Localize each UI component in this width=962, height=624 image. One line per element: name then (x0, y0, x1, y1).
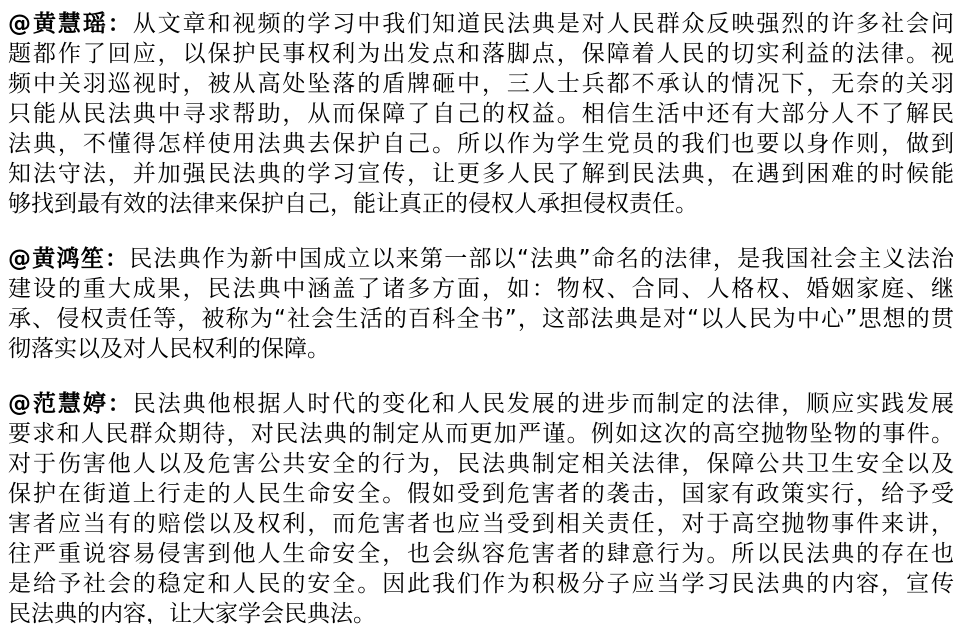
author-name: @黄鸿笙： (8, 246, 129, 272)
line-text: 从文章和视频的学习中我们知道民法典是对人民群众反映强烈的许多社会问 (133, 11, 954, 37)
text-line: 知法守法，并加强民法典的学习宣传，让更多人民了解到民法典，在遇到困难的时候能 (8, 159, 954, 189)
text-line: 是给予社会的稳定和人民的安全。因此我们作为积极分子应当学习民法典的内容，宣传 (8, 569, 954, 599)
text-line: 要求和人民群众期待，对民法典的制定从而更加严谨。例如这次的高空抛物坠物的事件。 (8, 419, 954, 449)
text-line: 往严重说容易侵害到他人生命安全，也会纵容危害者的肆意行为。所以民法典的存在也 (8, 539, 954, 569)
comment-paragraph-3: @范慧婷：民法典他根据人时代的变化和人民发展的进步而制定的法律，顺应实践发展 要… (8, 389, 954, 624)
text-line: 法典，不懂得怎样使用法典去保护自己。所以作为学生党员的我们也要以身作则，做到 (8, 129, 954, 159)
text-line: 够找到最有效的法律来保护自己，能让真正的侵权人承担侵权责任。 (8, 189, 954, 219)
text-line: @黄鸿笙：民法典作为新中国成立以来第一部以“法典”命名的法律，是我国社会主义法治 (8, 244, 954, 274)
line-text: 民法典作为新中国成立以来第一部以“法典”命名的法律，是我国社会主义法治 (129, 246, 954, 272)
text-line: 害者应当有的赔偿以及权利，而危害者也应当受到相关责任，对于高空抛物事件来讲， (8, 509, 954, 539)
text-line: 频中关羽巡视时，被从高处坠落的盾牌砸中，三人士兵都不承认的情况下，无奈的关羽 (8, 69, 954, 99)
text-line: 彻落实以及对人民权利的保障。 (8, 334, 954, 364)
text-line: 保护在街道上行走的人民生命安全。假如受到危害者的袭击，国家有政策实行，给予受 (8, 479, 954, 509)
text-line: @黄慧瑶：从文章和视频的学习中我们知道民法典是对人民群众反映强烈的许多社会问 (8, 9, 954, 39)
comment-paragraph-2: @黄鸿笙：民法典作为新中国成立以来第一部以“法典”命名的法律，是我国社会主义法治… (8, 244, 954, 364)
comment-paragraph-1: @黄慧瑶：从文章和视频的学习中我们知道民法典是对人民群众反映强烈的许多社会问 题… (8, 9, 954, 219)
text-line: @范慧婷：民法典他根据人时代的变化和人民发展的进步而制定的法律，顺应实践发展 (8, 389, 954, 419)
author-name: @黄慧瑶： (8, 11, 133, 37)
text-line: 建设的重大成果，民法典中涵盖了诸多方面，如：物权、合同、人格权、婚姻家庭、继 (8, 274, 954, 304)
line-text: 民法典他根据人时代的变化和人民发展的进步而制定的法律，顺应实践发展 (133, 391, 954, 417)
comments-document: @黄慧瑶：从文章和视频的学习中我们知道民法典是对人民群众反映强烈的许多社会问 题… (0, 0, 962, 624)
text-line: 对于伤害他人以及危害公共安全的行为，民法典制定相关法律，保障公共卫生安全以及 (8, 449, 954, 479)
text-line: 承、侵权责任等，被称为“社会生活的百科全书”，这部法典是对“以人民为中心”思想的… (8, 304, 954, 334)
author-name: @范慧婷： (8, 391, 133, 417)
text-line: 题都作了回应，以保护民事权利为出发点和落脚点，保障着人民的切实利益的法律。视 (8, 39, 954, 69)
text-line: 只能从民法典中寻求帮助，从而保障了自己的权益。相信生活中还有大部分人不了解民 (8, 99, 954, 129)
text-line: 民法典的内容，让大家学会民典法。 (8, 599, 954, 624)
